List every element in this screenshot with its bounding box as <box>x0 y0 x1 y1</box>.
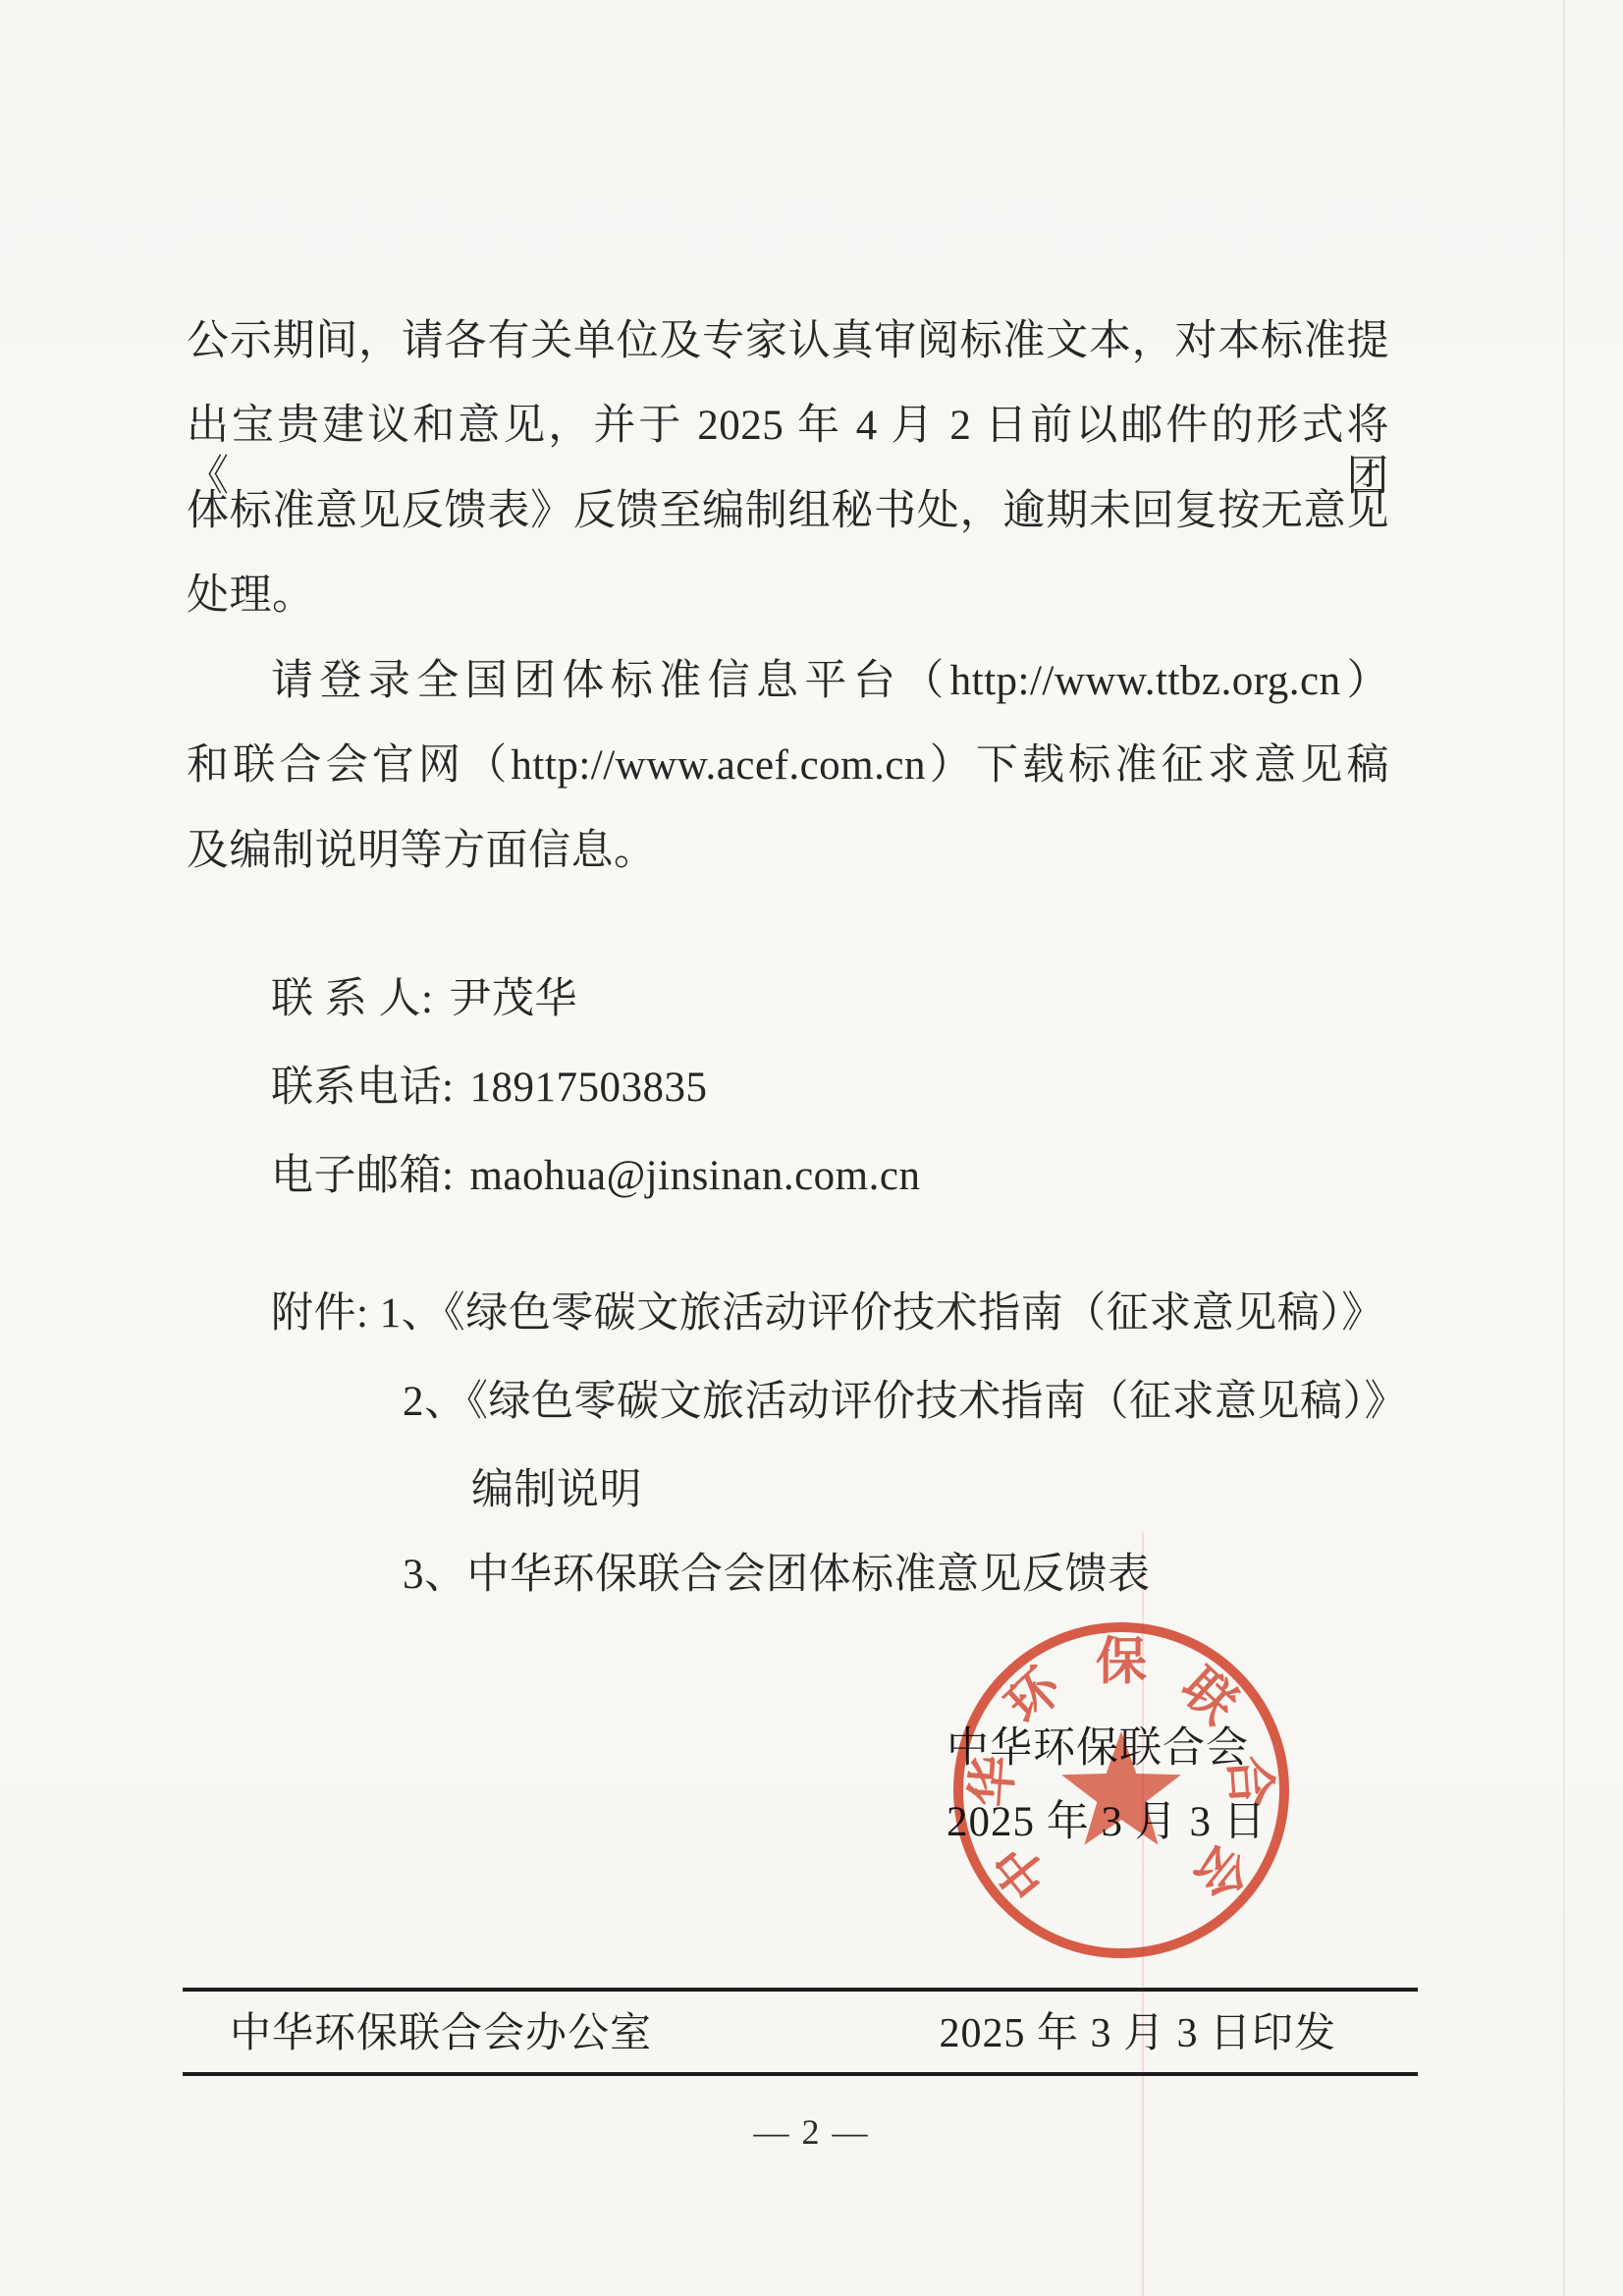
contact-email-label: 电子邮箱: <box>271 1153 454 1199</box>
contact-person-label: 联 系 人: <box>271 976 433 1022</box>
contact-email-value: maohua@jinsinan.com.cn <box>469 1153 920 1199</box>
body-paragraph1-line3: 体标准意见反馈表》反馈至编制组秘书处，逾期未回复按无意见 <box>187 486 1389 537</box>
contact-phone-row: 联系电话:18917503835 <box>271 1063 1474 1114</box>
page-number: — 2 — <box>0 2111 1623 2153</box>
star-icon <box>1061 1731 1181 1845</box>
body-paragraph2-line2: 和联合会官网（http://www.acef.com.cn）下载标准征求意见稿 <box>187 740 1389 792</box>
body-paragraph1-line4: 处理。 <box>187 571 1389 622</box>
body-paragraph2-line1: 请登录全国团体标准信息平台（http://www.ttbz.org.cn） <box>187 656 1389 707</box>
footer-issue-date: 2025 年 3 月 3 日印发 <box>939 2011 1336 2056</box>
seal-arc-char: 保 <box>1096 1634 1147 1691</box>
attachment-item-1: 附件: 1、《绿色零碳文旅活动评价技术指南（征求意见稿）》 <box>271 1288 1474 1339</box>
contact-phone-label: 联系电话: <box>271 1065 454 1111</box>
official-seal: 中 华 环 保 联 合 会 <box>925 1594 1318 1987</box>
contact-phone-value: 18917503835 <box>469 1065 707 1111</box>
contact-person-value: 尹茂华 <box>449 976 577 1022</box>
footer-bottom-rule <box>183 2072 1418 2076</box>
contact-email-row: 电子邮箱:maohua@jinsinan.com.cn <box>271 1151 1474 1202</box>
footer-issuing-office: 中华环保联合会办公室 <box>230 2011 652 2056</box>
attachment-item-2-continuation: 编制说明 <box>471 1465 1623 1516</box>
seal-arc-char: 华 <box>963 1754 1023 1809</box>
body-paragraph1-line1: 公示期间，请各有关单位及专家认真审阅标准文本，对本标准提 <box>187 316 1389 367</box>
document-page: 公示期间，请各有关单位及专家认真审阅标准文本，对本标准提 出宝贵建议和意见，并于… <box>0 0 1623 2296</box>
body-paragraph2-line3: 及编制说明等方面信息。 <box>187 826 1389 877</box>
scan-streak <box>1563 0 1565 2296</box>
seal-arc-char: 合 <box>1218 1754 1278 1809</box>
attachment-item-2: 2、《绿色零碳文旅活动评价技术指南（征求意见稿）》 <box>403 1377 1605 1428</box>
contact-person-row: 联 系 人:尹茂华 <box>271 974 1474 1025</box>
footer-top-rule <box>183 1988 1418 1992</box>
